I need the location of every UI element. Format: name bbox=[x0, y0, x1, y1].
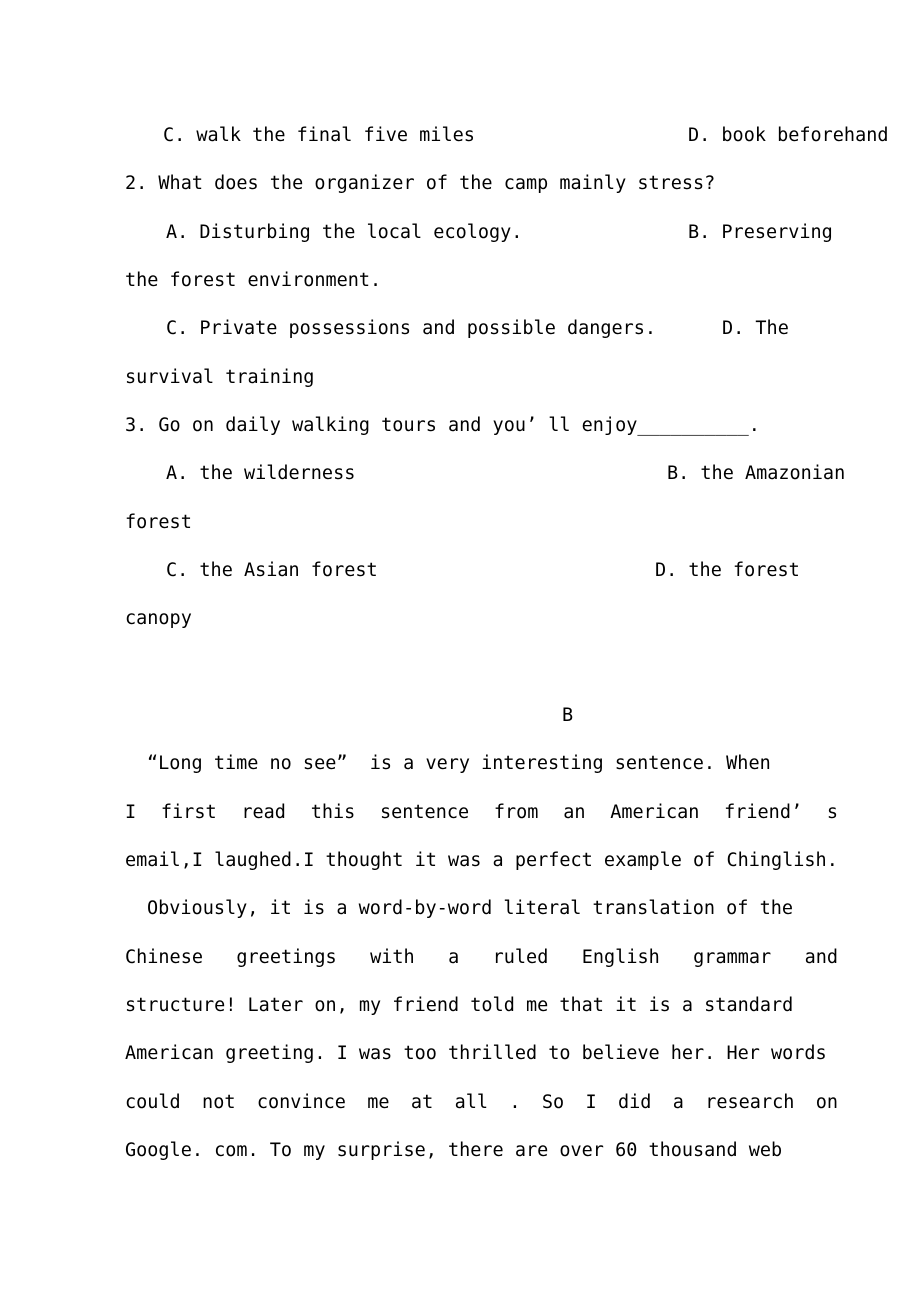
question-2: 2. What does the organizer of the camp m… bbox=[0, 160, 920, 208]
passage-text: Chinese greetings with a ruled English g… bbox=[125, 947, 838, 968]
question-3-text: 3. Go on daily walking tours and you’ ll… bbox=[125, 402, 760, 450]
option-2d: D. The bbox=[722, 305, 789, 353]
options-line-2ab: A. Disturbing the local ecology.B. Prese… bbox=[0, 209, 920, 257]
passage-text: Obviously, it is a word-by-word literal … bbox=[147, 885, 793, 933]
option-3b: B. the Amazonian bbox=[667, 450, 845, 498]
option-2d-continuation: survival training bbox=[0, 354, 920, 402]
passage-text: I first read this sentence from an Ameri… bbox=[125, 802, 838, 823]
blank-line bbox=[0, 644, 920, 692]
passage-text: structure! Later on, my friend told me t… bbox=[125, 982, 793, 1030]
passage-b-p2-line-1: Obviously, it is a word-by-word literal … bbox=[0, 885, 920, 933]
document-page: C. walk the final five milesD. book befo… bbox=[0, 112, 920, 1175]
section-b-heading-text: B bbox=[562, 692, 573, 740]
option-1d: D. book beforehand bbox=[688, 112, 888, 160]
options-line-3ab: A. the wildernessB. the Amazonian bbox=[0, 450, 920, 498]
option-1c: C. walk the final five miles bbox=[163, 112, 475, 160]
passage-b-p1-line-2: I first read this sentence from an Ameri… bbox=[125, 789, 838, 837]
option-3d-continuation-text: canopy bbox=[125, 595, 192, 643]
passage-text: email,I laughed.I thought it was a perfe… bbox=[125, 837, 838, 885]
question-3: 3. Go on daily walking tours and you’ ll… bbox=[0, 402, 920, 450]
option-3d: D. the forest bbox=[655, 547, 800, 595]
section-b-heading: B bbox=[0, 692, 920, 740]
passage-b-p2-line-2: Chinese greetings with a ruled English g… bbox=[125, 934, 838, 982]
option-3b-continuation: forest bbox=[0, 499, 920, 547]
option-2c: C. Private possessions and possible dang… bbox=[166, 305, 656, 353]
option-2b-continuation: the forest environment. bbox=[0, 257, 920, 305]
passage-b-p2-line-3: structure! Later on, my friend told me t… bbox=[0, 982, 920, 1030]
passage-b-p1-line-1: “Long time no see” is a very interesting… bbox=[0, 740, 920, 788]
passage-b-p2-line-4: American greeting. I was too thrilled to… bbox=[0, 1030, 920, 1078]
passage-text: “Long time no see” is a very interesting… bbox=[147, 740, 771, 788]
question-2-text: 2. What does the organizer of the camp m… bbox=[125, 160, 715, 208]
option-3b-continuation-text: forest bbox=[125, 499, 192, 547]
option-2b: B. Preserving bbox=[688, 209, 833, 257]
passage-b-p1-line-3: email,I laughed.I thought it was a perfe… bbox=[0, 837, 920, 885]
options-line-1: C. walk the final five milesD. book befo… bbox=[0, 112, 920, 160]
passage-text: Google. com. To my surprise, there are o… bbox=[125, 1127, 782, 1175]
option-3d-continuation: canopy bbox=[0, 595, 920, 643]
option-2d-continuation-text: survival training bbox=[125, 354, 314, 402]
passage-b-p2-line-5: could not convince me at all . So I did … bbox=[125, 1079, 838, 1127]
passage-text: American greeting. I was too thrilled to… bbox=[125, 1030, 827, 1078]
option-3c: C. the Asian forest bbox=[166, 547, 378, 595]
options-line-3cd: C. the Asian forestD. the forest bbox=[0, 547, 920, 595]
option-2a: A. Disturbing the local ecology. bbox=[166, 209, 522, 257]
passage-b-p2-line-6: Google. com. To my surprise, there are o… bbox=[0, 1127, 920, 1175]
passage-text: could not convince me at all . So I did … bbox=[125, 1092, 838, 1113]
option-2b-continuation-text: the forest environment. bbox=[125, 257, 381, 305]
options-line-2cd: C. Private possessions and possible dang… bbox=[0, 305, 920, 353]
option-3a: A. the wilderness bbox=[166, 450, 355, 498]
